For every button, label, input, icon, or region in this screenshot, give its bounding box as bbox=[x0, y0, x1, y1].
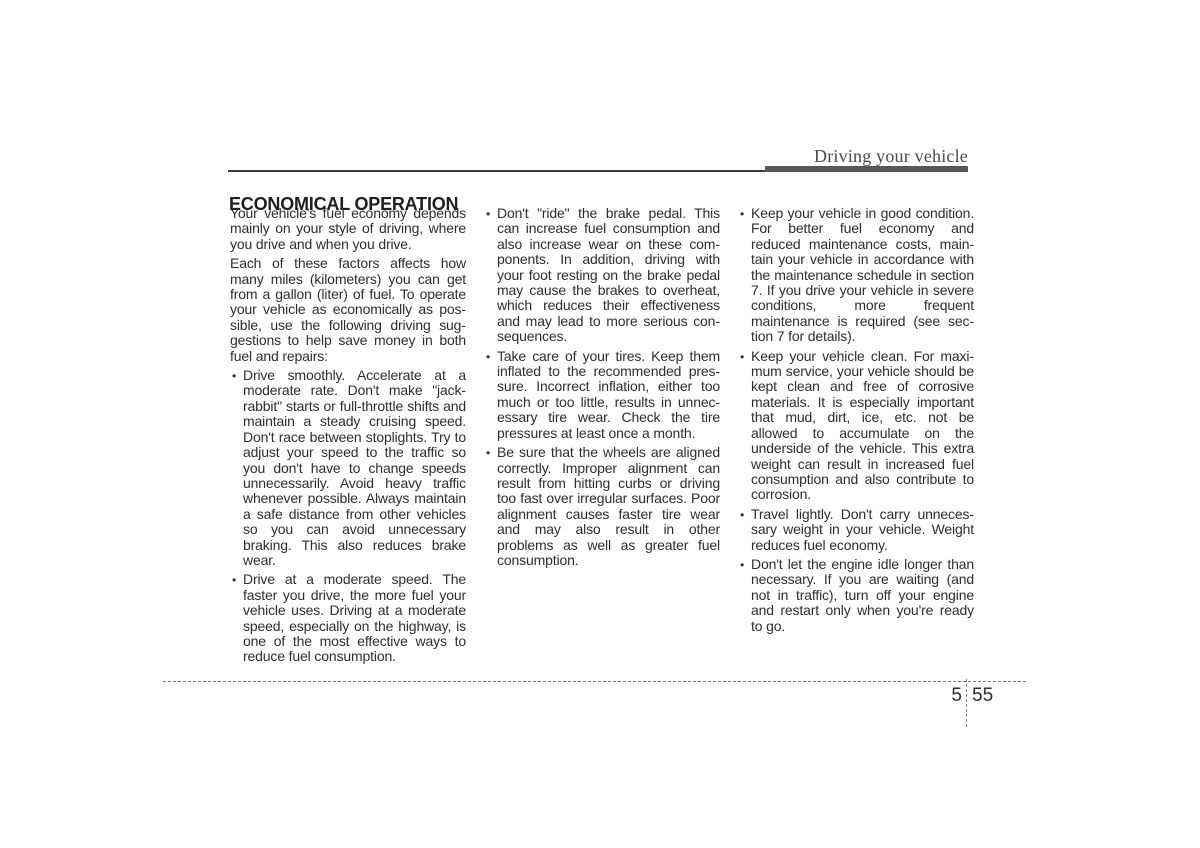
text-column-2: • Don't "ride" the brake pedal. This can… bbox=[484, 206, 720, 572]
text-column-3: • Keep your vehicle in good condi­tion. … bbox=[738, 206, 974, 638]
bullet-text: Take care of your tires. Keep them infla… bbox=[497, 349, 720, 441]
paragraph: Your vehicle's fuel economy depends main… bbox=[230, 206, 466, 252]
bullet-marker: • bbox=[486, 207, 490, 221]
bullet-item: • Drive at a moderate speed. The faster … bbox=[230, 572, 466, 664]
text-column-1: Your vehicle's fuel economy depends main… bbox=[230, 206, 466, 669]
bullet-item: • Be sure that the wheels are aligned co… bbox=[484, 445, 720, 568]
bullet-text: Don't "ride" the brake pedal. This can i… bbox=[497, 206, 720, 345]
bullet-item: • Drive smoothly. Accelerate at a modera… bbox=[230, 368, 466, 568]
footer-dashed-rule bbox=[163, 681, 1026, 682]
footer-chapter-number: 5 bbox=[951, 685, 962, 706]
bullet-item: • Keep your vehicle clean. For maxi­mum … bbox=[738, 349, 974, 503]
bullet-item: • Take care of your tires. Keep them inf… bbox=[484, 349, 720, 441]
bullet-marker: • bbox=[232, 573, 236, 587]
bullet-marker: • bbox=[486, 350, 490, 364]
bullet-marker: • bbox=[232, 369, 236, 383]
bullet-text: Keep your vehicle in good condi­tion. Fo… bbox=[751, 206, 974, 345]
bullet-text: Don't let the engine idle longer than ne… bbox=[751, 557, 974, 634]
bullet-text: Drive smoothly. Accelerate at a moderate… bbox=[243, 368, 466, 568]
bullet-item: • Keep your vehicle in good condi­tion. … bbox=[738, 206, 974, 345]
bullet-item: • Don't "ride" the brake pedal. This can… bbox=[484, 206, 720, 345]
bullet-text: Travel lightly. Don't carry unneces­sary… bbox=[751, 507, 974, 553]
bullet-item: • Travel lightly. Don't carry unneces­sa… bbox=[738, 507, 974, 553]
paragraph: Each of these factors affects how many m… bbox=[230, 256, 466, 364]
bullet-marker: • bbox=[740, 508, 744, 522]
bullet-text: Keep your vehicle clean. For maxi­mum se… bbox=[751, 349, 974, 503]
running-header-chapter-title: Driving your vehicle bbox=[814, 146, 968, 166]
bullet-text: Be sure that the wheels are aligned corr… bbox=[497, 445, 720, 568]
bullet-text: Drive at a moderate speed. The faster yo… bbox=[243, 572, 466, 664]
footer-dashed-divider bbox=[966, 679, 967, 727]
footer-page-number: 55 bbox=[972, 685, 993, 706]
bullet-marker: • bbox=[740, 350, 744, 364]
bullet-marker: • bbox=[740, 207, 744, 221]
bullet-item: • Don't let the engine idle longer than … bbox=[738, 557, 974, 634]
bullet-marker: • bbox=[486, 446, 490, 460]
bullet-marker: • bbox=[740, 558, 744, 572]
header-accent-bar bbox=[765, 166, 968, 172]
